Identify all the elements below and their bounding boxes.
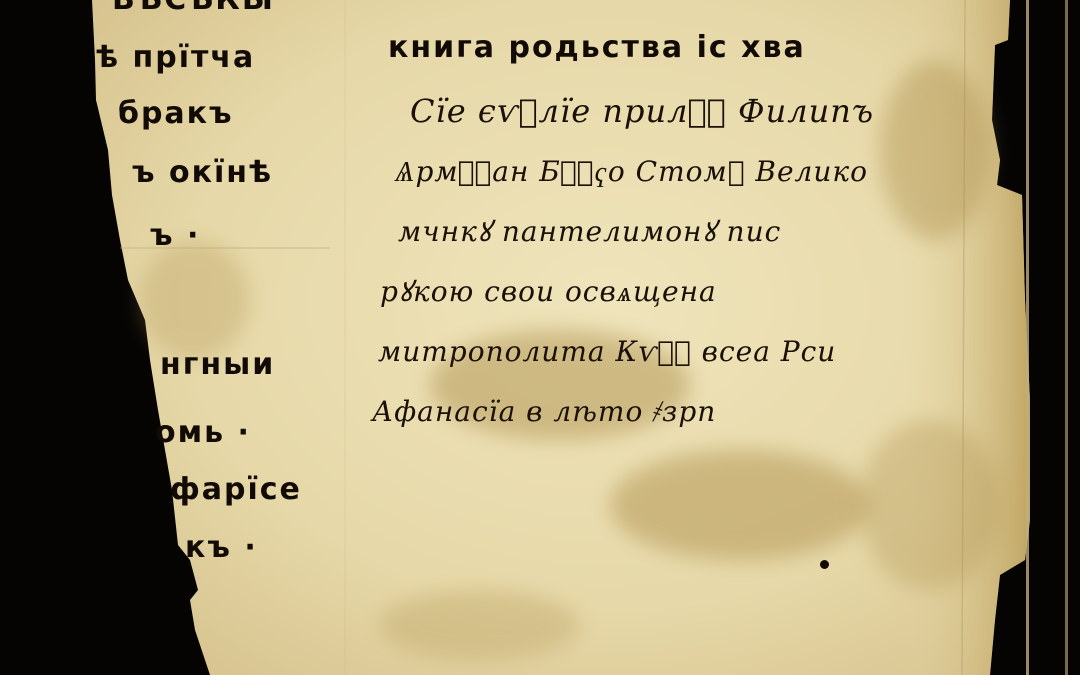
- left-column-line: бракъ: [118, 96, 234, 131]
- inscription-line: рꙋкою свои освѧщена: [380, 272, 717, 310]
- inscription-line: митрополита Кѵⷬ҇ всеа Рси: [378, 335, 836, 368]
- manuscript-photo: ВѢСѢКЫ ѣ прїтча бракъ ъ окїнѣ ъ · нгныи …: [0, 0, 1080, 675]
- water-stain: [610, 450, 870, 560]
- inscription-line: Афанасїа в лѣто ҂зрп: [372, 395, 716, 429]
- column-heading: книга родьства іс хва: [388, 30, 806, 65]
- inscription-line: Ѧрмⷭ҇ан Бⷪ҇ҁо Стомꙋ Велико: [395, 155, 868, 189]
- left-column-line: нгныи: [160, 347, 275, 382]
- left-column-line: къ ·: [185, 530, 258, 565]
- water-stain: [880, 60, 990, 240]
- left-column-line: омь ·: [155, 415, 251, 450]
- inscription-line: Сїе єѵⷢлїе прилⷪ҇ Филипъ: [410, 92, 874, 130]
- left-column-line: ѣ прїтча: [96, 40, 255, 75]
- left-column-line: фарїсе: [170, 472, 302, 507]
- water-stain: [140, 240, 250, 360]
- left-column-line: ъ ·: [150, 218, 200, 253]
- water-stain: [860, 420, 1000, 590]
- ink-dot: [820, 560, 829, 569]
- left-column-line: ъ окїнѣ: [132, 155, 273, 190]
- water-stain: [380, 590, 580, 660]
- inscription-line: мчнкꙋ пантелимонꙋ пис: [398, 212, 781, 250]
- left-column-line: ВѢСѢКЫ: [112, 0, 275, 17]
